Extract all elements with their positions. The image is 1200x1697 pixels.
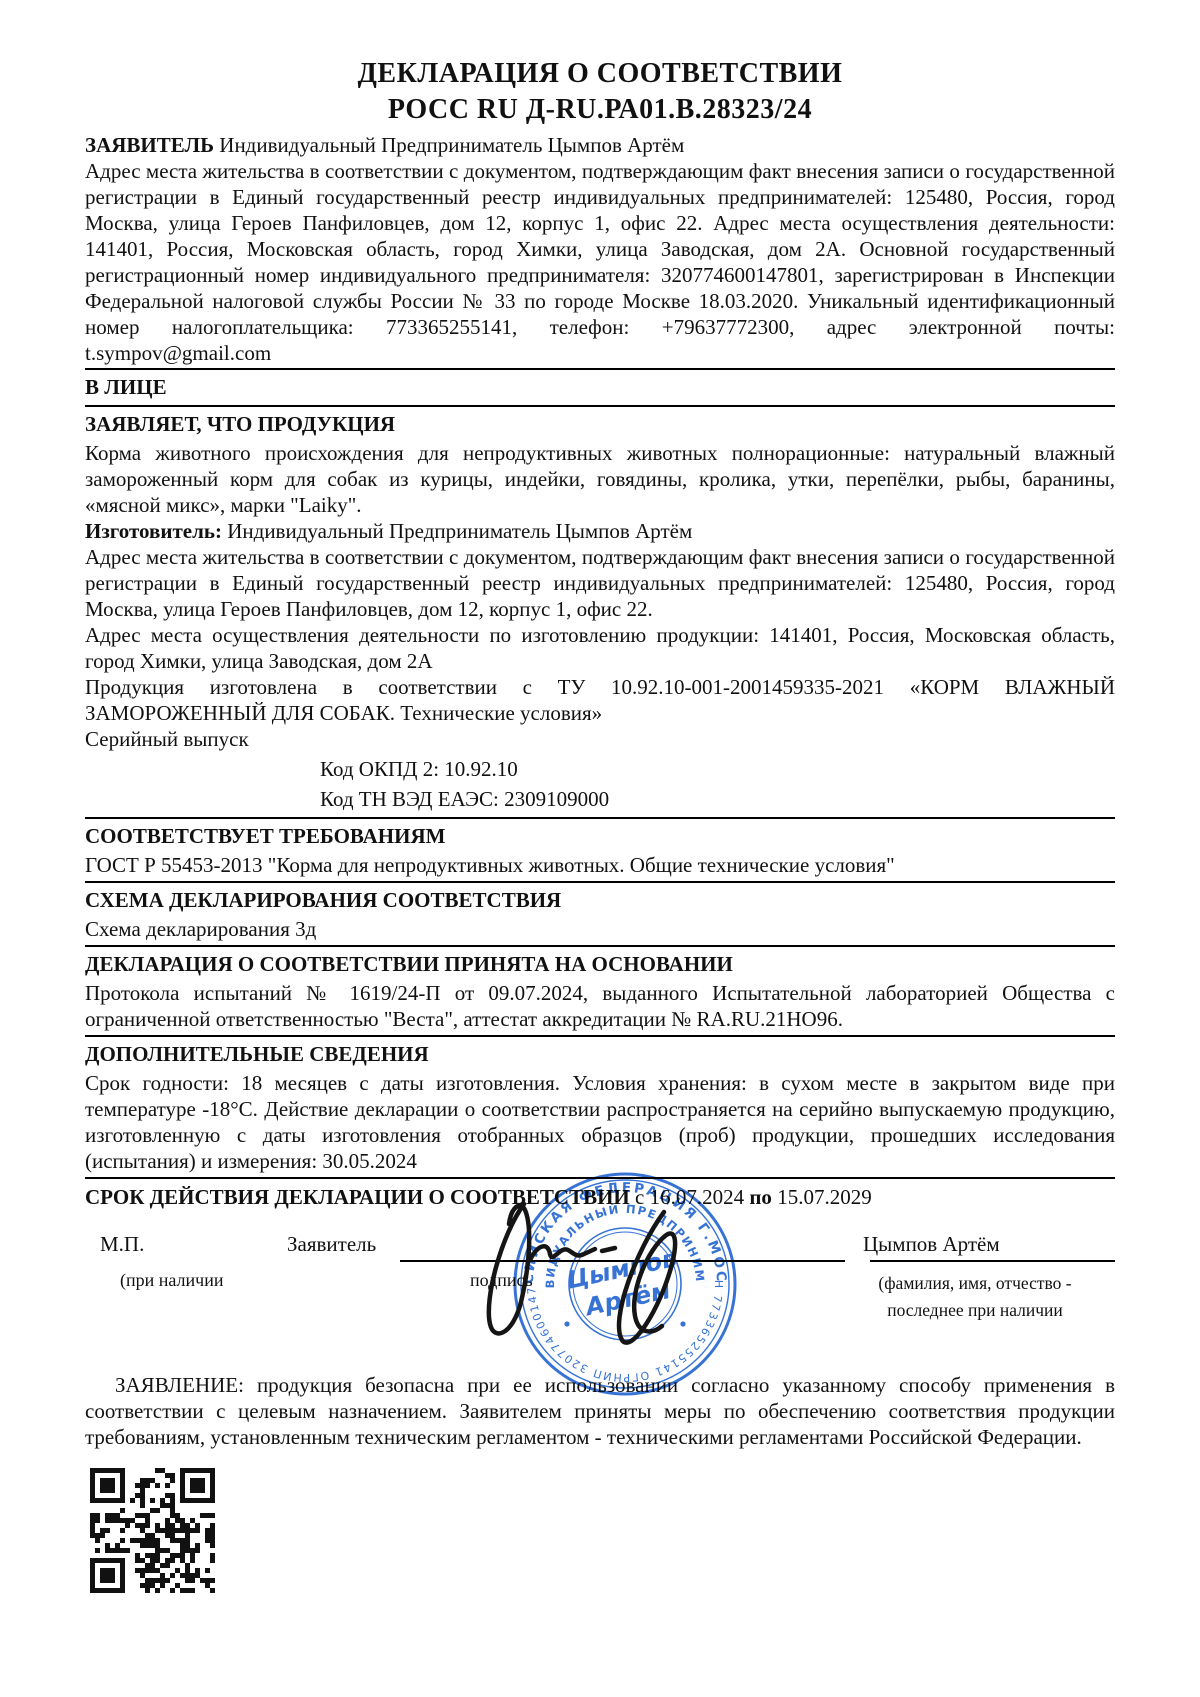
section-divider <box>85 368 1115 370</box>
section-divider <box>85 405 1115 407</box>
section-basis: ДЕКЛАРАЦИЯ О СООТВЕТСТВИИ ПРИНЯТА НА ОСН… <box>85 949 1115 980</box>
applicant-name: Индивидуальный Предприниматель Цымпов Ар… <box>214 133 684 157</box>
validity-from-word: с <box>630 1185 650 1209</box>
seal-placeholder: М.П. <box>100 1232 144 1257</box>
qr-code-icon <box>90 1468 215 1593</box>
validity-label: СРОК ДЕЙСТВИЯ ДЕКЛАРАЦИИ О СООТВЕТСТВИИ <box>85 1185 630 1209</box>
section-additional: ДОПОЛНИТЕЛЬНЫЕ СВЕДЕНИЯ <box>85 1039 1115 1070</box>
additional-value: Срок годности: 18 месяцев с даты изготов… <box>85 1070 1115 1174</box>
seal-note: (при наличии <box>120 1270 223 1291</box>
product-description: Корма животного происхождения для непрод… <box>85 440 1115 518</box>
manufacturer-name: Индивидуальный Предприниматель Цымпов Ар… <box>222 519 692 543</box>
validity-to-date: 15.07.2029 <box>777 1185 872 1209</box>
document-title: ДЕКЛАРАЦИЯ О СООТВЕТСТВИИ РОСС RU Д-RU.Р… <box>85 56 1115 128</box>
name-caption-line1: (фамилия, имя, отчество - <box>830 1270 1120 1297</box>
name-caption-line2: последнее при наличии <box>830 1297 1120 1324</box>
section-divider <box>85 1177 1115 1179</box>
statement-paragraph: ЗАЯВЛЕНИЕ: продукция безопасна при ее ис… <box>85 1372 1115 1450</box>
manufacturer-label: Изготовитель: <box>85 519 222 543</box>
section-in-person: В ЛИЦЕ <box>85 372 1115 403</box>
applicant-line: ЗАЯВИТЕЛЬ Индивидуальный Предприниматель… <box>85 132 1115 158</box>
section-divider <box>85 1035 1115 1037</box>
section-divider <box>85 945 1115 947</box>
validity-to-word: по <box>744 1185 777 1209</box>
stamp-dot <box>564 1321 569 1326</box>
declaration-document: ДЕКЛАРАЦИЯ О СООТВЕТСТВИИ РОСС RU Д-RU.Р… <box>0 0 1200 1697</box>
section-divider <box>85 817 1115 819</box>
basis-value: Протокола испытаний № 1619/24-П от 09.07… <box>85 980 1115 1032</box>
signature-block: М.П. Заявитель Цымпов Артём (при наличии… <box>85 1214 1115 1366</box>
name-caption: (фамилия, имя, отчество - последнее при … <box>830 1270 1120 1324</box>
title-line-2: РОСС RU Д-RU.РА01.В.28323/24 <box>85 92 1115 128</box>
manufacturer-line: Изготовитель: Индивидуальный Предпринима… <box>85 518 1115 544</box>
applicant-word: Заявитель <box>287 1232 376 1257</box>
standard-reference: ГОСТ Р 55453-2013 "Корма для непродуктив… <box>85 852 1115 878</box>
stamp-center-line2: Артём <box>581 1276 672 1322</box>
manufacturer-address: Адрес места жительства в соответствии с … <box>85 544 1115 622</box>
serial-release: Серийный выпуск <box>85 726 1115 752</box>
section-complies: СООТВЕТСТВУЕТ ТРЕБОВАНИЯМ <box>85 821 1115 852</box>
applicant-details: Адрес места жительства в соответствии с … <box>85 158 1115 366</box>
name-line <box>870 1242 1115 1262</box>
section-divider <box>85 881 1115 883</box>
applicant-label: ЗАЯВИТЕЛЬ <box>85 133 214 157</box>
section-declares: ЗАЯВЛЯЕТ, ЧТО ПРОДУКЦИЯ <box>85 409 1115 440</box>
section-scheme: СХЕМА ДЕКЛАРИРОВАНИЯ СООТВЕТСТВИЯ <box>85 885 1115 916</box>
scheme-value: Схема декларирования 3д <box>85 916 1115 942</box>
production-address: Адрес места осуществления деятельности п… <box>85 622 1115 674</box>
stamp-dot <box>680 1321 685 1326</box>
validity-from-date: 16.07.2024 <box>650 1185 745 1209</box>
validity-line: СРОК ДЕЙСТВИЯ ДЕКЛАРАЦИИ О СООТВЕТСТВИИ … <box>85 1181 1115 1214</box>
signature-line <box>400 1242 845 1262</box>
title-line-1: ДЕКЛАРАЦИЯ О СООТВЕТСТВИИ <box>85 56 1115 92</box>
signature-caption: подпись <box>470 1270 533 1291</box>
okpd-code: Код ОКПД 2: 10.92.10 <box>85 756 1115 782</box>
specification: Продукция изготовлена в соответствии с Т… <box>85 674 1115 726</box>
tnved-code: Код ТН ВЭД ЕАЭС: 2309109000 <box>85 786 1115 812</box>
